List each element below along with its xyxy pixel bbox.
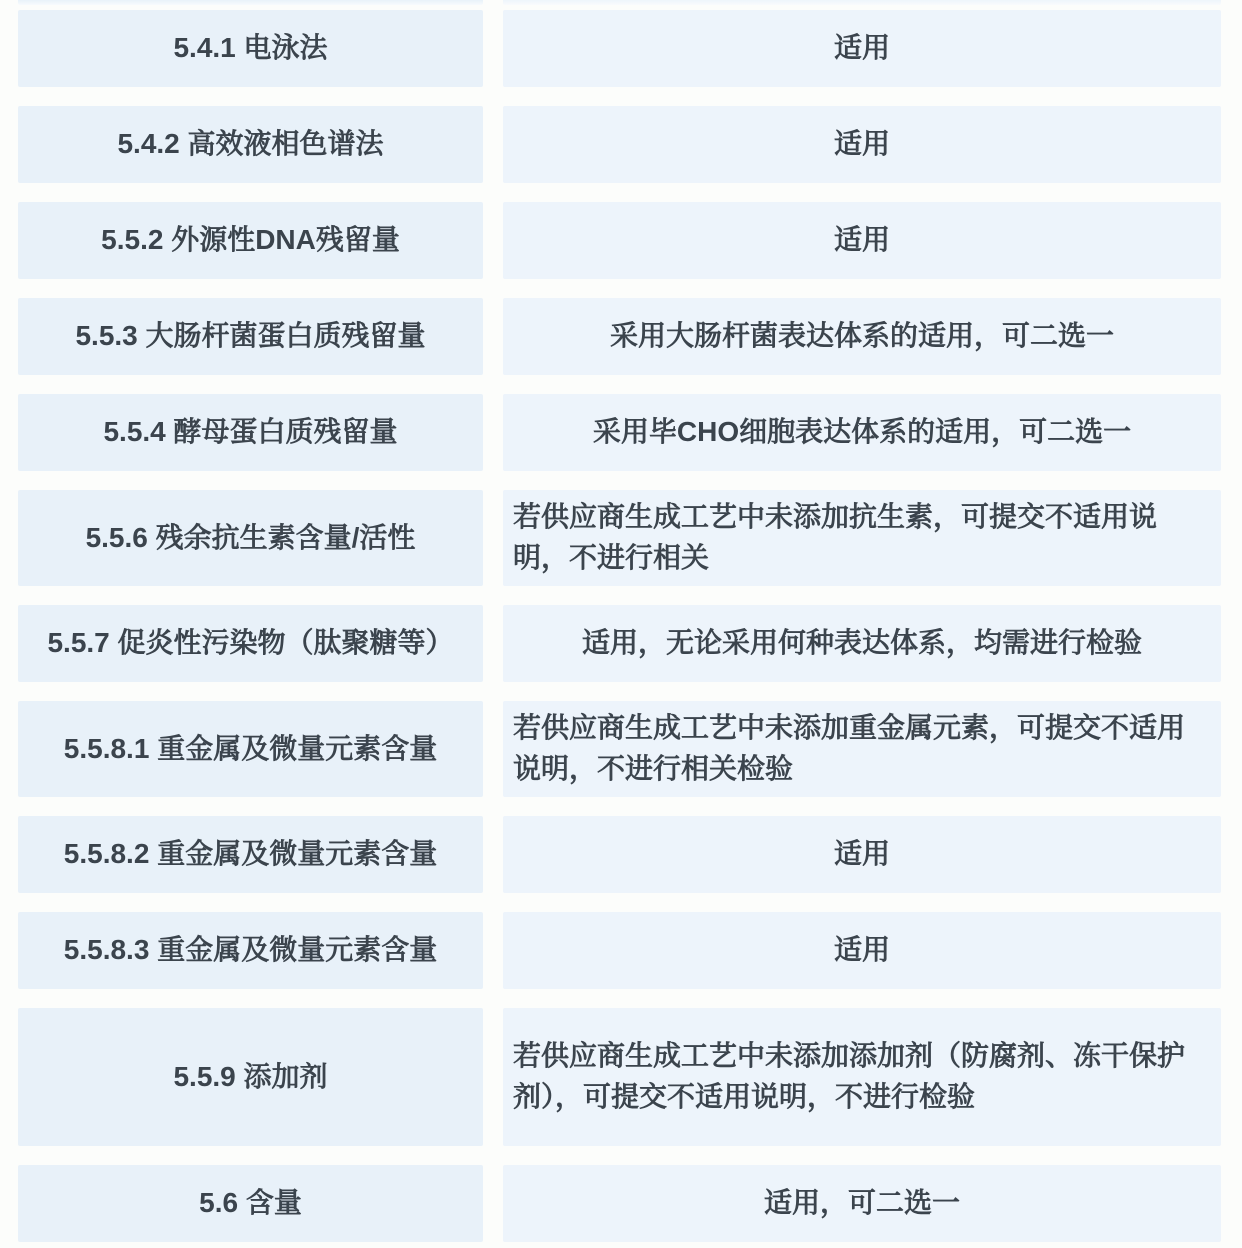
table-row: 5.5.8.2 重金属及微量元素含量适用 <box>18 816 1221 893</box>
item-cell: 5.5.2 外源性DNA残留量 <box>18 202 483 279</box>
table-row: 5.5.6 残余抗生素含量/活性若供应商生成工艺中未添加抗生素，可提交不适用说明… <box>18 490 1221 586</box>
table-row: 5.5.2 外源性DNA残留量适用 <box>18 202 1221 279</box>
applicability-cell: 若供应商生成工艺中未添加添加剂（防腐剂、冻干保护剂），可提交不适用说明，不进行检… <box>503 1008 1221 1146</box>
applicability-cell: 适用，可二选一 <box>503 1165 1221 1242</box>
applicability-cell: 若供应商生成工艺中未添加重金属元素，可提交不适用说明，不进行相关检验 <box>503 701 1221 797</box>
table-row: 5.5.7 促炎性污染物（肽聚糖等）适用，无论采用何种表达体系，均需进行检验 <box>18 605 1221 682</box>
table-row: 5.4.1 电泳法适用 <box>18 10 1221 87</box>
item-cell: 5.5.7 促炎性污染物（肽聚糖等） <box>18 605 483 682</box>
table-row: 5.6 含量适用，可二选一 <box>18 1165 1221 1242</box>
item-cell: 5.4.1 电泳法 <box>18 10 483 87</box>
applicability-cell: 适用 <box>503 912 1221 989</box>
applicability-cell: 适用 <box>503 816 1221 893</box>
table-row: 5.5.8.1 重金属及微量元素含量若供应商生成工艺中未添加重金属元素，可提交不… <box>18 701 1221 797</box>
applicability-cell: 适用，无论采用何种表达体系，均需进行检验 <box>503 605 1221 682</box>
item-cell: 5.5.3 大肠杆菌蛋白质残留量 <box>18 298 483 375</box>
item-cell: 5.5.8.2 重金属及微量元素含量 <box>18 816 483 893</box>
table-row: 5.4.2 高效液相色谱法适用 <box>18 106 1221 183</box>
applicability-cell: 采用毕CHO细胞表达体系的适用，可二选一 <box>503 394 1221 471</box>
cutoff-previous-row-item-cell <box>18 0 483 5</box>
table-row: 5.5.4 酵母蛋白质残留量采用毕CHO细胞表达体系的适用，可二选一 <box>18 394 1221 471</box>
applicability-cell: 适用 <box>503 10 1221 87</box>
item-cell: 5.5.8.1 重金属及微量元素含量 <box>18 701 483 797</box>
applicability-cell: 适用 <box>503 106 1221 183</box>
item-cell: 5.6 含量 <box>18 1165 483 1242</box>
cutoff-previous-row-value-cell <box>503 0 1221 5</box>
requirements-table: 5.4.1 电泳法适用5.4.2 高效液相色谱法适用5.5.2 外源性DNA残留… <box>18 10 1221 1242</box>
applicability-cell: 采用大肠杆菌表达体系的适用，可二选一 <box>503 298 1221 375</box>
item-cell: 5.5.9 添加剂 <box>18 1008 483 1146</box>
table-row: 5.5.9 添加剂若供应商生成工艺中未添加添加剂（防腐剂、冻干保护剂），可提交不… <box>18 1008 1221 1146</box>
item-cell: 5.4.2 高效液相色谱法 <box>18 106 483 183</box>
table-row: 5.5.8.3 重金属及微量元素含量适用 <box>18 912 1221 989</box>
document-page: 5.4.1 电泳法适用5.4.2 高效液相色谱法适用5.5.2 外源性DNA残留… <box>0 0 1242 1248</box>
table-row: 5.5.3 大肠杆菌蛋白质残留量采用大肠杆菌表达体系的适用，可二选一 <box>18 298 1221 375</box>
item-cell: 5.5.4 酵母蛋白质残留量 <box>18 394 483 471</box>
item-cell: 5.5.8.3 重金属及微量元素含量 <box>18 912 483 989</box>
applicability-cell: 适用 <box>503 202 1221 279</box>
item-cell: 5.5.6 残余抗生素含量/活性 <box>18 490 483 586</box>
applicability-cell: 若供应商生成工艺中未添加抗生素，可提交不适用说明，不进行相关 <box>503 490 1221 586</box>
